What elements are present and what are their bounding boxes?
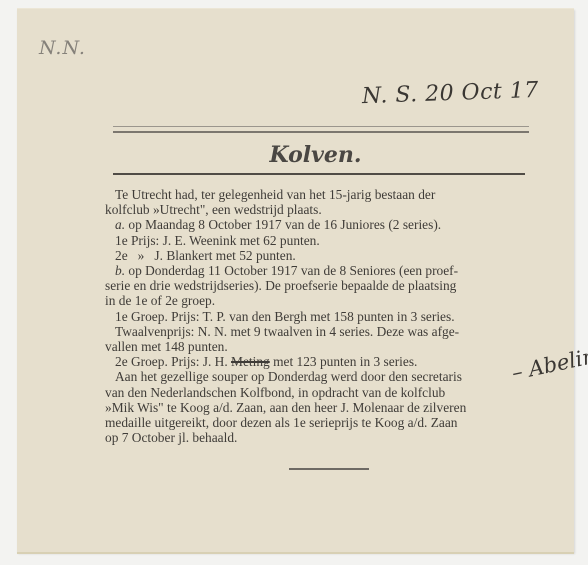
article-line: Twaalvenprijs: N. N. met 9 twaalven in 4…	[105, 324, 535, 339]
article-line: vallen met 148 punten.	[105, 339, 535, 354]
newspaper-clipping: N.N. N. S. 20 Oct 17 Kolven. Te Utrecht …	[17, 8, 574, 552]
struck-out-name: Meting	[231, 354, 270, 369]
article-line: in de 1e of 2e groep.	[105, 293, 535, 308]
article-line: medaille uitgereikt, door dezen als 1e s…	[105, 415, 535, 430]
title-rule	[113, 173, 525, 175]
article-line: 1e Groep. Prijs: T. P. van den Bergh met…	[105, 309, 535, 324]
handwritten-date-note: N. S. 20 Oct 17	[362, 78, 540, 109]
header-rule	[113, 126, 529, 133]
article-line: kolfclub »Utrecht", een wedstrijd plaats…	[105, 202, 535, 217]
list-marker-b: b.	[115, 263, 125, 278]
article-line: op 7 October jl. behaald.	[105, 430, 535, 445]
article-line: 2e » J. Blankert met 52 punten.	[105, 248, 535, 263]
handwritten-annotation-nn: N.N.	[39, 37, 86, 59]
end-rule	[289, 468, 369, 470]
article-line: Aan het gezellige souper op Donderdag we…	[105, 369, 535, 384]
article-body: Te Utrecht had, ter gelegenheid van het …	[105, 187, 535, 445]
list-marker-a: a.	[115, 217, 125, 232]
article-line: Te Utrecht had, ter gelegenheid van het …	[105, 187, 535, 202]
article-title: Kolven.	[17, 142, 574, 168]
article-line: »Mik Wis" te Koog a/d. Zaan, aan den hee…	[105, 400, 535, 415]
article-line: serie en drie wedstrijdseries). De proef…	[105, 278, 535, 293]
article-line: b. op Donderdag 11 October 1917 van de 8…	[105, 263, 535, 278]
article-line: 2e Groep. Prijs: J. H. Meting met 123 pu…	[105, 354, 535, 369]
article-line: van den Nederlandschen Kolfbond, in opdr…	[105, 385, 535, 400]
article-line: 1e Prijs: J. E. Weenink met 62 punten.	[105, 233, 535, 248]
article-line: a. op Maandag 8 October 1917 van de 16 J…	[105, 217, 535, 232]
